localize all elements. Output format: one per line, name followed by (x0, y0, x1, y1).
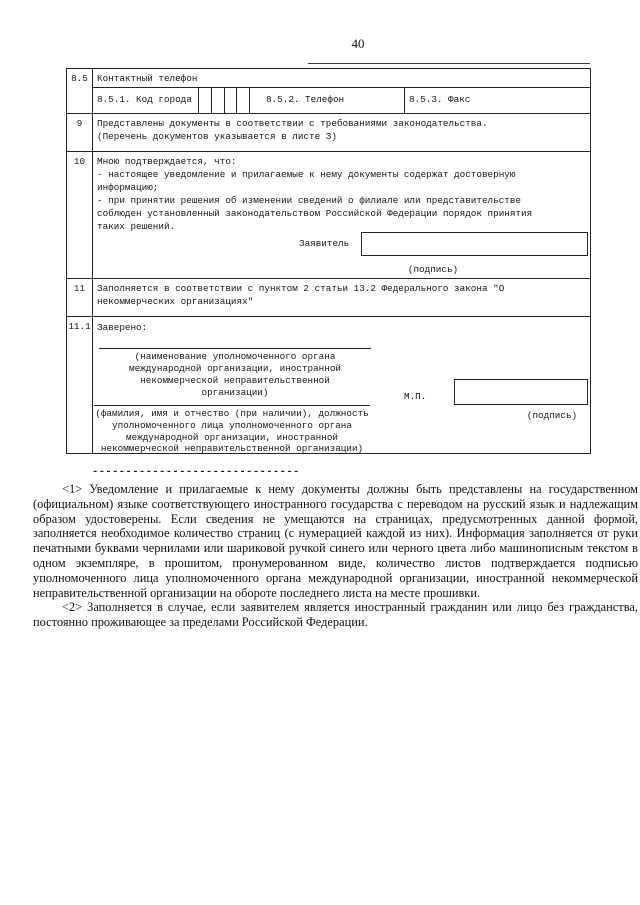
caption-line: (фамилия, имя и отчество (при наличии), … (94, 408, 370, 420)
row-9-line: (Перечень документов указывается в листе… (97, 130, 590, 143)
row-number: 9 (67, 114, 93, 151)
caption-line: некоммерческой неправительственной орган… (94, 443, 370, 455)
caption-line: международной организации, иностранной (99, 363, 371, 375)
footnote-1: <1> Уведомление и прилагаемые к нему док… (33, 482, 638, 600)
city-code-digit-boxes (198, 88, 262, 113)
certified-label: Заверено: (97, 321, 147, 334)
row-number: 8.5 (67, 69, 93, 113)
scan-artifact-line (308, 63, 590, 64)
fax-label: 8.5.3. Факс (404, 88, 590, 113)
footnote-2: <2> Заполняется в случае, если заявителе… (33, 600, 638, 630)
document-page: 40 8.5 Контактный телефон 8.5.1. Код гор… (0, 0, 640, 905)
row-11-line: Заполняется в соответствии с пунктом 2 с… (97, 282, 590, 295)
digit-box (237, 88, 250, 113)
footnote-separator: ------------------------------- (92, 466, 300, 478)
person-name-caption: (фамилия, имя и отчество (при наличии), … (94, 408, 370, 455)
phone-label: 8.5.2. Телефон (262, 88, 404, 113)
table-row-11-1: 11.1 Заверено: (наименование уполномочен… (67, 316, 590, 453)
signature-caption: (подпись) (492, 409, 612, 422)
person-name-line (94, 405, 370, 406)
table-row-9: 9 Представлены документы в соответствии … (67, 113, 590, 151)
table-row-11: 11 Заполняется в соответствии с пунктом … (67, 278, 590, 316)
org-name-caption: (наименование уполномоченного органа меж… (99, 351, 371, 399)
row-10-line: информацию; (97, 181, 590, 194)
table-row-10: 10 Мною подтверждается, что: - настоящее… (67, 151, 590, 278)
digit-box (225, 88, 238, 113)
caption-line: некоммерческой неправительственной (99, 375, 371, 387)
applicant-label: Заявитель (299, 237, 349, 250)
page-number: 40 (340, 36, 376, 52)
stamp-place-label: М.П. (404, 390, 426, 403)
applicant-signature-box (361, 232, 588, 256)
official-signature-box (454, 379, 588, 405)
caption-line: организации) (99, 387, 371, 399)
caption-line: уполномоченного лица уполномоченного орг… (94, 420, 370, 432)
row-number: 10 (67, 152, 93, 278)
row-10-line: соблюден установленный законодательством… (97, 207, 590, 220)
footnotes-block: <1> Уведомление и прилагаемые к нему док… (33, 482, 638, 630)
table-row-8-5: 8.5 Контактный телефон 8.5.1. Код города… (67, 69, 590, 113)
caption-line: (наименование уполномоченного органа (99, 351, 371, 363)
row-10-line: - при принятии решения об изменении свед… (97, 194, 590, 207)
digit-box (199, 88, 212, 113)
row-10-line: Мною подтверждается, что: (97, 155, 590, 168)
org-name-line (99, 348, 371, 349)
contact-phone-label: Контактный телефон (93, 69, 590, 88)
form-table: 8.5 Контактный телефон 8.5.1. Код города… (66, 68, 591, 454)
row-number: 11.1 (67, 317, 93, 453)
row-11-line: некоммерческих организациях" (97, 295, 590, 308)
signature-caption: (подпись) (373, 263, 493, 276)
row-9-line: Представлены документы в соответствии с … (97, 117, 590, 130)
caption-line: международной организации, иностранной (94, 432, 370, 444)
city-code-label: 8.5.1. Код города (93, 88, 198, 113)
row-10-line: - настоящее уведомление и прилагаемые к … (97, 168, 590, 181)
row-number: 11 (67, 279, 93, 316)
digit-box (250, 88, 262, 113)
digit-box (212, 88, 225, 113)
